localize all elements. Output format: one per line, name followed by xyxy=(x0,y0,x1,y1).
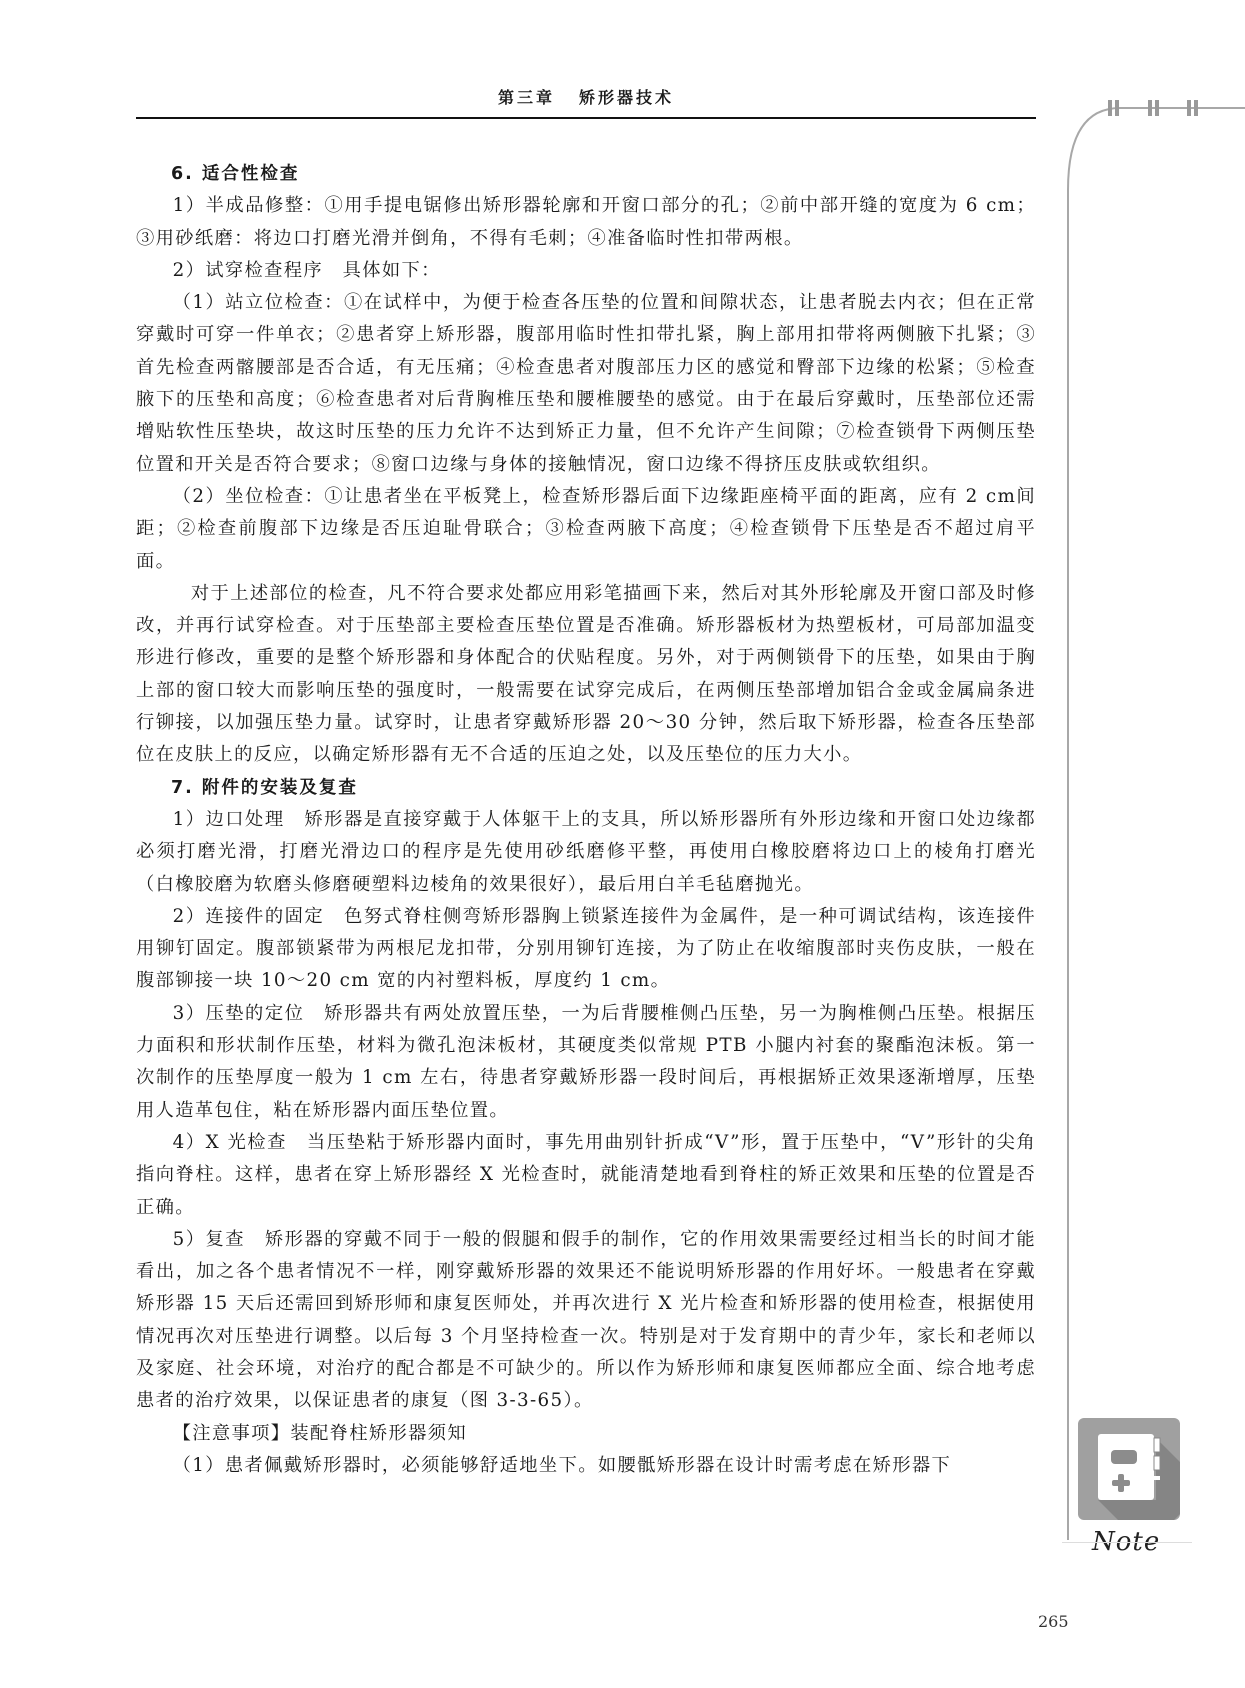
page-number: 265 xyxy=(1038,1612,1069,1631)
margin-binder-decoration-icon xyxy=(1050,100,1245,1600)
paragraph-7-xray-check: 4）X 光检查 当压垫粘于矫形器内面时，事先用曲别针折成“V”形，置于压垫中，“… xyxy=(136,1127,1036,1224)
notice-item-1: （1）患者佩戴矫形器时，必须能够舒适地坐下。如腰骶矫形器在设计时需考虑在矫形器下 xyxy=(136,1450,1036,1482)
chapter-title: 矫形器技术 xyxy=(579,88,674,107)
header-rule xyxy=(136,117,1036,119)
paragraph-6-summary: 对于上述部位的检查，凡不符合要求处都应用彩笔描画下来，然后对其外形轮廓及开窗口部… xyxy=(136,578,1036,772)
chapter-number: 第三章 xyxy=(498,88,555,107)
page-body: 6. 适合性检查 1）半成品修整：①用手提电锯修出矫形器轮廓和开窗口部分的孔；②… xyxy=(136,158,1036,1482)
paragraph-7-edge-treatment: 1）边口处理 矫形器是直接穿戴于人体躯干上的支具，所以矫形器所有外形边缘和开窗口… xyxy=(136,804,1036,901)
section-heading-6: 6. 适合性检查 xyxy=(136,158,1036,190)
paragraph-6-2: 2）试穿检查程序 具体如下： xyxy=(136,255,1036,287)
paragraph-7-connector-fixing: 2）连接件的固定 色努式脊柱侧弯矫形器胸上锁紧连接件为金属件，是一种可调试结构，… xyxy=(136,901,1036,998)
section-heading-7: 7. 附件的安装及复查 xyxy=(136,772,1036,804)
paragraph-7-pad-positioning: 3）压垫的定位 矫形器共有两处放置压垫，一为后背腰椎侧凸压垫，另一为胸椎侧凸压垫… xyxy=(136,998,1036,1127)
notebook-icon xyxy=(1078,1418,1180,1520)
paragraph-6-sitting-check: （2）坐位检查：①让患者坐在平板凳上，检查矫形器后面下边缘距座椅平面的距离，应有… xyxy=(136,481,1036,578)
paragraph-7-recheck: 5）复查 矫形器的穿戴不同于一般的假腿和假手的制作，它的作用效果需要经过相当长的… xyxy=(136,1224,1036,1418)
running-head: 第三章矫形器技术 xyxy=(136,80,1036,116)
note-underline xyxy=(1062,1542,1192,1543)
paragraph-6-standing-check: （1）站立位检查：①在试样中，为便于检查各压垫的位置和间隙状态，让患者脱去内衣；… xyxy=(136,287,1036,481)
paragraph-6-1: 1）半成品修整：①用手提电锯修出矫形器轮廓和开窗口部分的孔；②前中部开缝的宽度为… xyxy=(136,190,1036,255)
notice-heading: 【注意事项】装配脊柱矫形器须知 xyxy=(136,1418,1036,1450)
